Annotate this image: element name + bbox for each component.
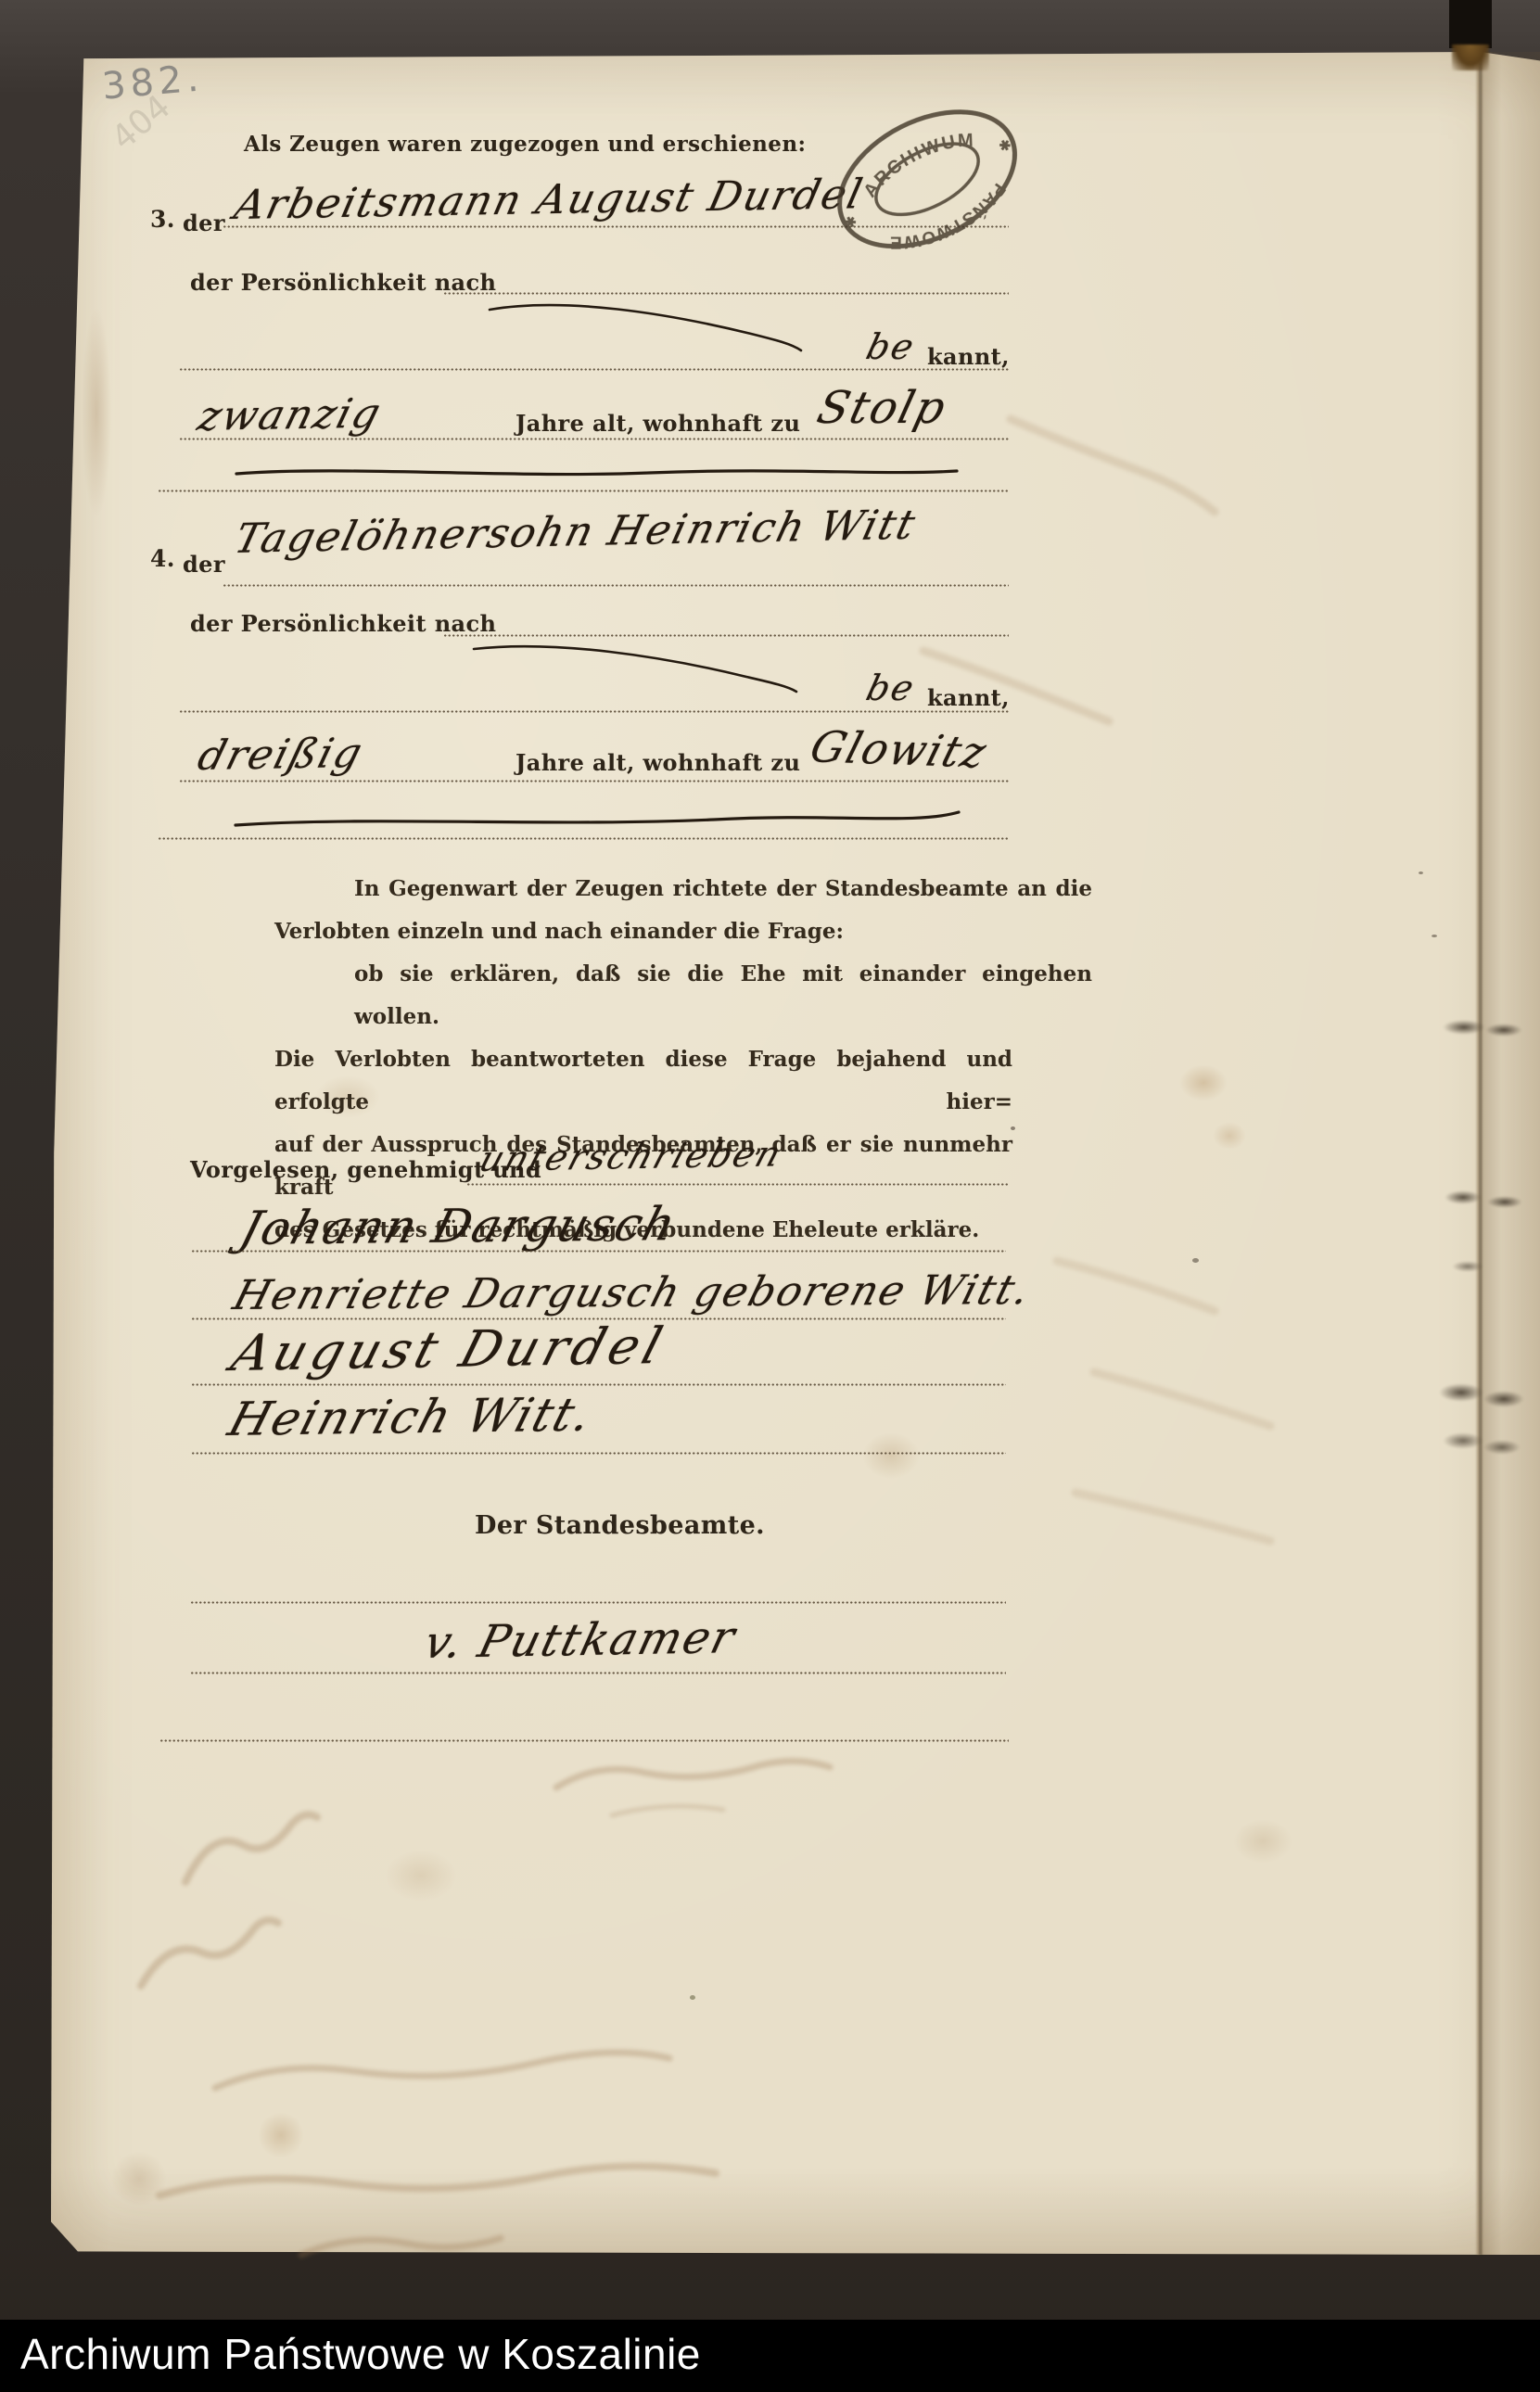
dotted-rule bbox=[179, 438, 1009, 440]
declaration-line: ob sie erklären, daß sie die Ehe mit ein… bbox=[274, 953, 1092, 1038]
witness4-number: 4. bbox=[150, 545, 175, 572]
witness3-bekannt-handwriting: be bbox=[862, 326, 920, 367]
dotted-rule bbox=[223, 584, 1009, 587]
bleedthrough-ghost-writing bbox=[93, 1743, 927, 2281]
witness3-name-handwriting: Arbeitsmann August Durdel bbox=[230, 171, 868, 229]
stamp-arc-top-text: ARCHIWUM bbox=[853, 117, 984, 206]
ink-smudge bbox=[1443, 1432, 1483, 1449]
archive-scan-photo: { "annotations": { "page_number_pencil":… bbox=[0, 0, 1540, 2392]
ink-smudge bbox=[1487, 1196, 1522, 1208]
ink-smudge bbox=[1439, 1383, 1483, 1402]
ink-smudge bbox=[1452, 1261, 1483, 1272]
dotted-rule bbox=[179, 780, 1009, 782]
signature-witness3: August Durdel bbox=[225, 1317, 673, 1382]
declaration-line: Verlobten einzeln und nach einander die … bbox=[274, 910, 1012, 953]
ink-strike-line bbox=[232, 462, 964, 486]
dotted-rule bbox=[179, 368, 1009, 371]
dotted-rule bbox=[191, 1250, 1006, 1253]
dotted-rule bbox=[158, 837, 1009, 840]
witness3-number: 3. bbox=[150, 206, 175, 233]
page-fold-crease bbox=[1475, 52, 1483, 2255]
witness3-article: der bbox=[183, 210, 225, 236]
witness3-age-handwriting: zwanzig bbox=[193, 390, 388, 440]
form-header: Als Zeugen waren zugezogen und erschiene… bbox=[244, 132, 806, 157]
declaration-paragraph: In Gegenwart der Zeugen richtete der Sta… bbox=[274, 868, 1092, 1252]
archive-footer-bar: Archiwum Państwowe w Koszalinie bbox=[0, 2320, 1540, 2392]
stamp-star-left: ✱ bbox=[842, 213, 859, 233]
signature-registrar: v. Puttkamer bbox=[419, 1611, 742, 1669]
dotted-rule bbox=[190, 1672, 1006, 1674]
dotted-rule bbox=[443, 292, 1009, 295]
ink-smudge bbox=[1483, 1440, 1521, 1455]
ink-smudge bbox=[1445, 1190, 1482, 1204]
dotted-rule bbox=[466, 1183, 1009, 1186]
ink-smudge bbox=[1483, 1391, 1524, 1407]
signature-groom: Johann Dargusch bbox=[235, 1197, 683, 1255]
ink-smudge bbox=[1485, 1024, 1522, 1037]
ink-smudge bbox=[1443, 1020, 1485, 1035]
dotted-rule bbox=[158, 490, 1009, 492]
ink-speck bbox=[1419, 872, 1423, 874]
signature-witness4: Heinrich Witt. bbox=[223, 1388, 600, 1446]
closing-handwriting: unterschrieben bbox=[475, 1133, 788, 1179]
witness3-age-label: Jahre alt, wohnhaft zu bbox=[515, 410, 800, 437]
dotted-rule bbox=[159, 1739, 1009, 1742]
declaration-line: In Gegenwart der Zeugen richtete der Sta… bbox=[274, 868, 1092, 910]
dotted-rule bbox=[190, 1601, 1006, 1604]
registrar-label: Der Standesbeamte. bbox=[475, 1511, 765, 1540]
ink-flourish bbox=[482, 299, 807, 356]
bleedthrough-ghost-marks bbox=[909, 380, 1242, 742]
dotted-rule bbox=[191, 1452, 1006, 1455]
witness4-age-handwriting: dreißig bbox=[193, 730, 369, 780]
bleedthrough-ghost-marks bbox=[1020, 1205, 1409, 1595]
svg-text:ARCHIWUM: ARCHIWUM bbox=[853, 117, 984, 206]
dotted-rule bbox=[179, 710, 1009, 713]
witness4-identity-label: der Persönlichkeit nach bbox=[190, 610, 496, 637]
witness3-bekannt-printed: kannt, bbox=[927, 343, 1010, 370]
bookmark-tassel-fray bbox=[1452, 45, 1489, 70]
witness4-age-label: Jahre alt, wohnhaft zu bbox=[515, 749, 800, 776]
ink-strike-line bbox=[232, 805, 964, 833]
ink-flourish bbox=[468, 640, 802, 697]
bookmark-tassel bbox=[1449, 0, 1492, 48]
witness4-article: der bbox=[183, 551, 225, 578]
archive-name-label: Archiwum Państwowe w Koszalinie bbox=[20, 2329, 701, 2379]
ink-speck bbox=[1432, 935, 1437, 937]
declaration-line: Die Verlobten beantworteten diese Frage … bbox=[274, 1038, 1012, 1124]
facing-page-edge bbox=[1481, 52, 1540, 2255]
signature-bride: Henriette Dargusch geborene Witt. bbox=[228, 1266, 1037, 1319]
dotted-rule bbox=[191, 1383, 1006, 1386]
